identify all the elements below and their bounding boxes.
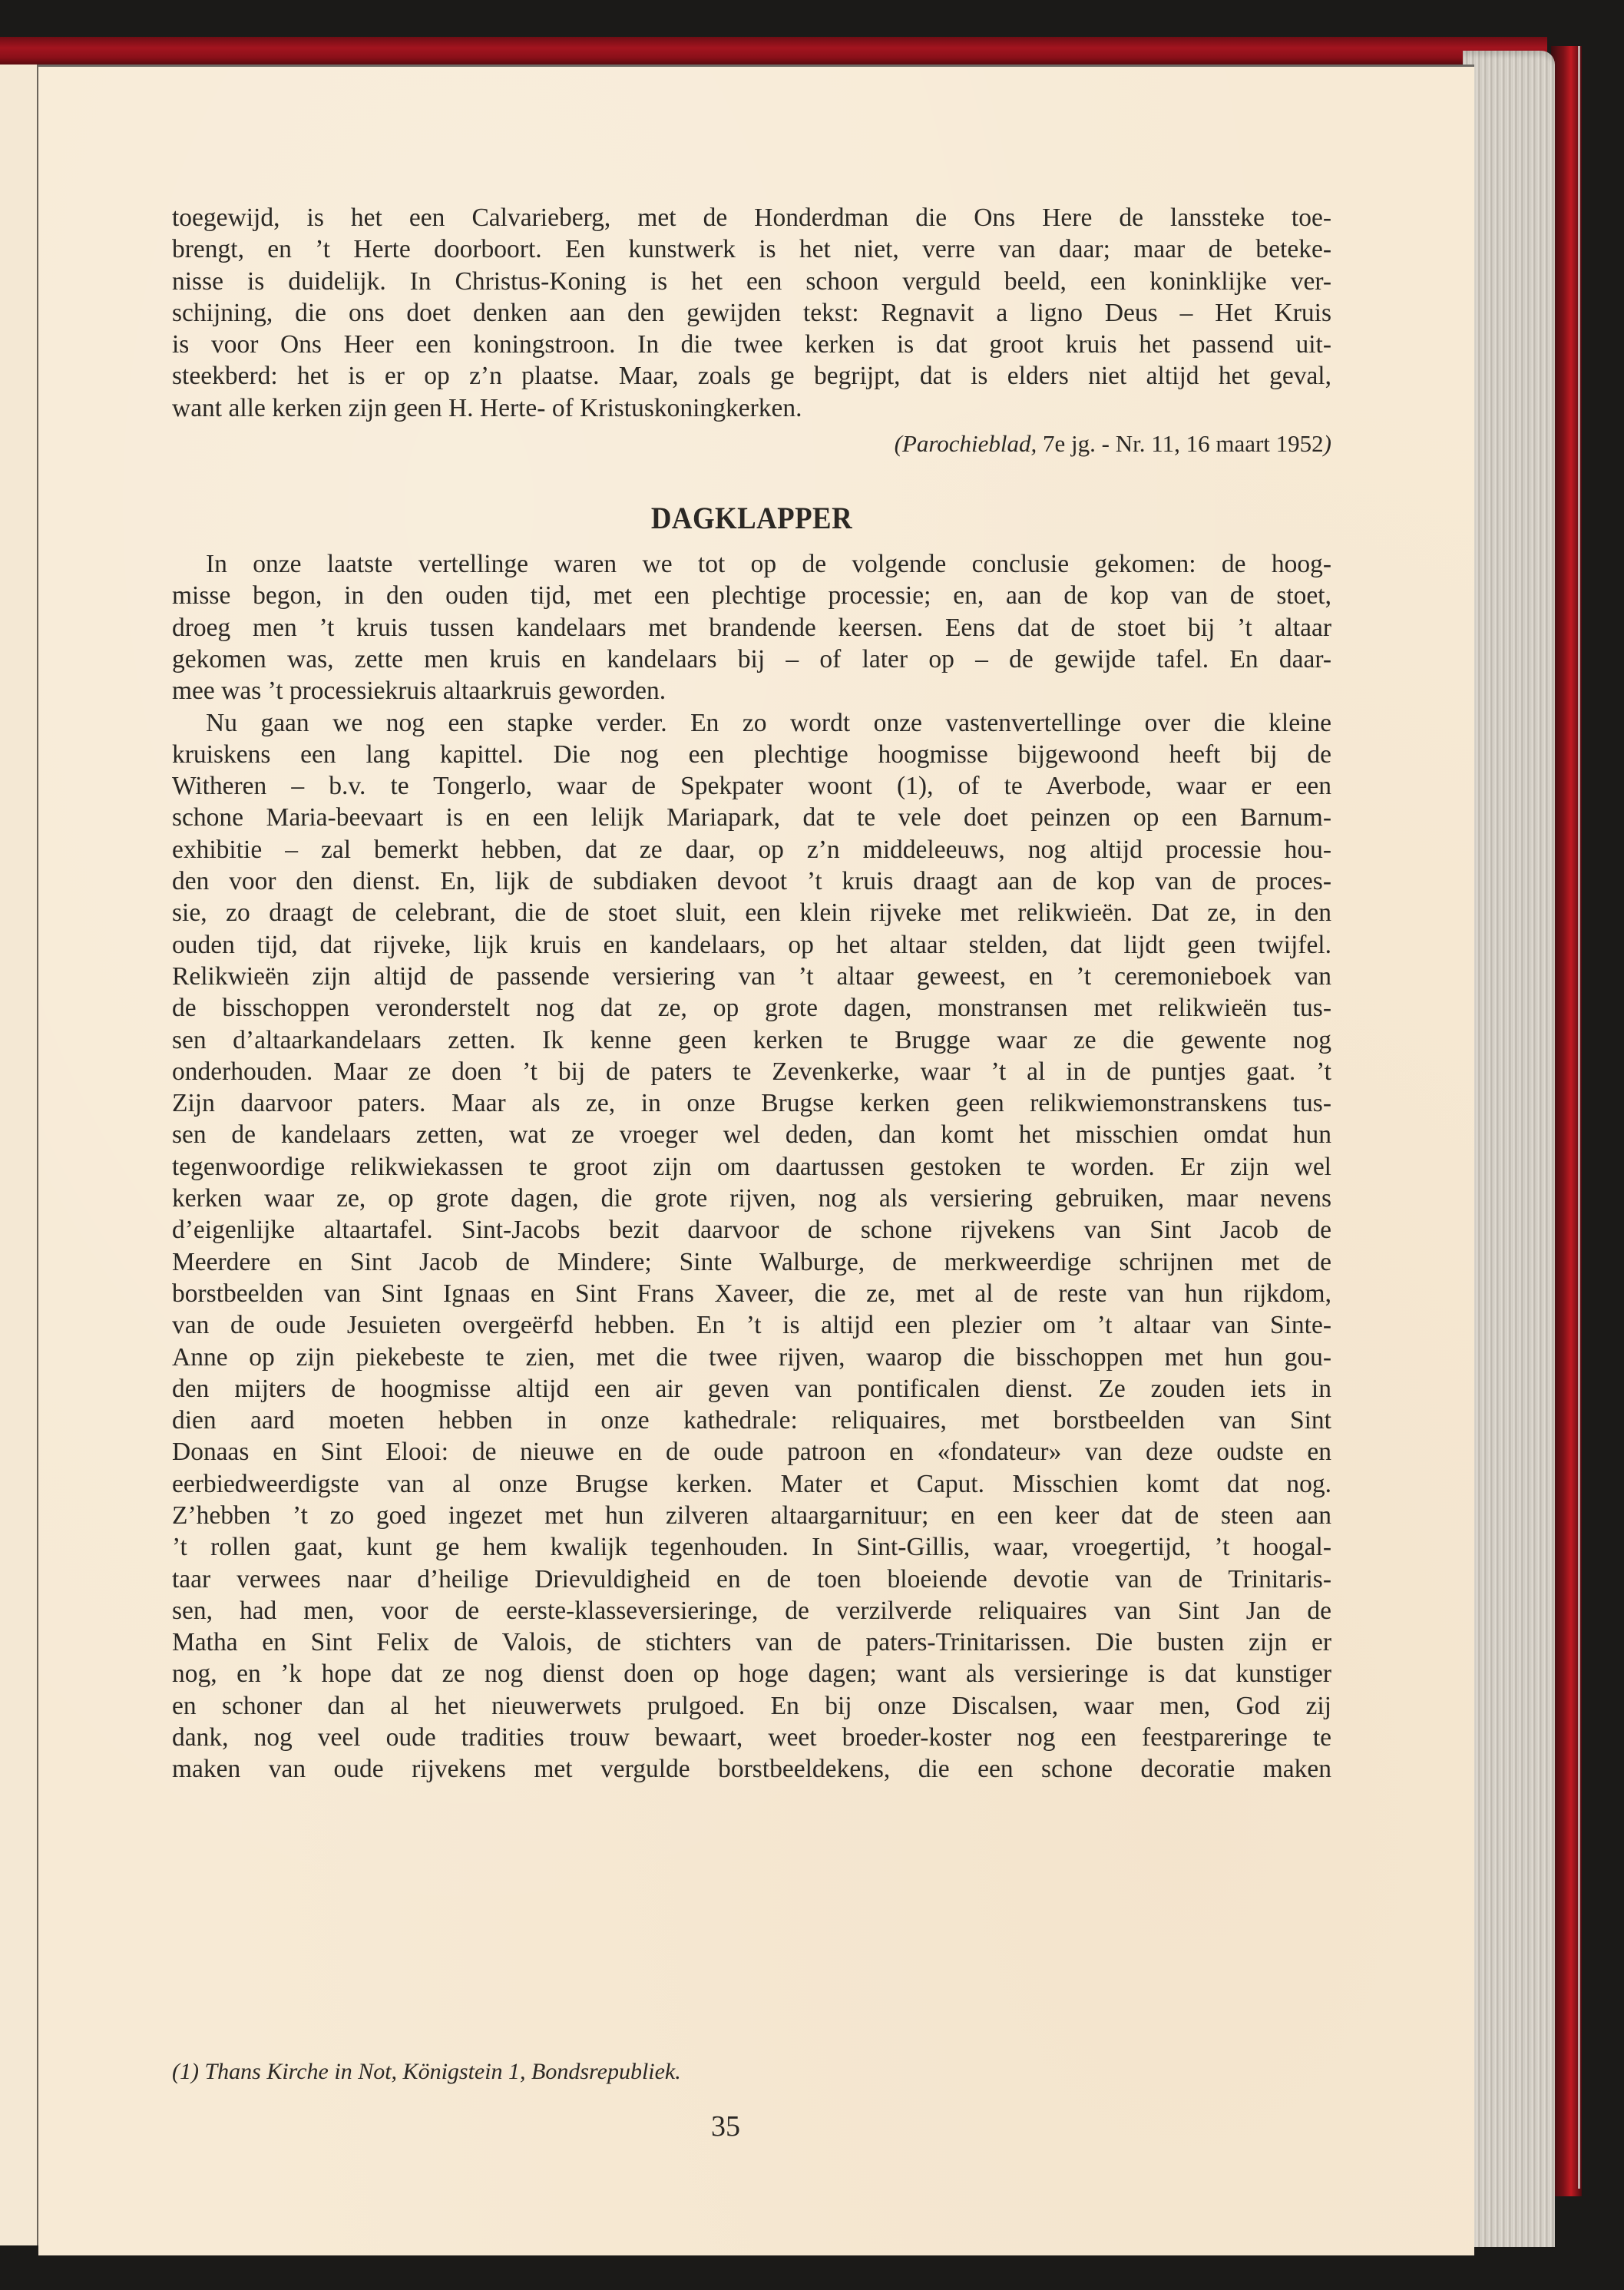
text-line: Zijn daarvoor paters. Maar als ze, in on… (172, 1087, 1331, 1119)
page-number: 35 (8, 2110, 1444, 2143)
text-line: exhibitie – zal bemerkt hebben, dat ze d… (172, 834, 1331, 865)
text-line: de bisschoppen veronderstelt nog dat ze,… (172, 992, 1331, 1024)
text-line: droeg men ’t kruis tussen kandelaars met… (172, 612, 1331, 644)
text-line: Matha en Sint Felix de Valois, de sticht… (172, 1626, 1331, 1658)
text-line: sen de kandelaars zetten, wat ze vroeger… (172, 1119, 1331, 1150)
text-line: nog, en ’k hope dat ze nog dienst doen o… (172, 1658, 1331, 1689)
text-line: Meerdere en Sint Jacob de Mindere; Sinte… (172, 1246, 1331, 1278)
citation-open-paren: ( (895, 430, 902, 457)
previous-article-text: toegewijd, is het een Calvarieberg, met … (172, 202, 1331, 424)
article-paragraph-2: Nu gaan we nog een stapke verder. En zo … (172, 707, 1331, 1785)
text-line: Nu gaan we nog een stapke verder. En zo … (172, 707, 1331, 739)
citation-close-paren: ) (1324, 430, 1331, 457)
page-text-block: toegewijd, is het een Calvarieberg, met … (172, 202, 1331, 1785)
text-line: sie, zo draagt de celebrant, die de stoe… (172, 897, 1331, 928)
text-line: sen d’altaarkandelaars zetten. Ik kenne … (172, 1024, 1331, 1056)
text-line: borstbeelden van Sint Ignaas en Sint Fra… (172, 1278, 1331, 1309)
text-line: tegenwoordige relikwiekassen te groot zi… (172, 1151, 1331, 1183)
text-line: want alle kerken zijn geen H. Herte- of … (172, 392, 1331, 424)
text-line: is voor Ons Heer een koningstroon. In di… (172, 329, 1331, 360)
book-cover-right-edge (1551, 46, 1582, 2196)
book-cover-top-edge (0, 37, 1547, 65)
text-line: Anne op zijn piekebeste te zien, met die… (172, 1342, 1331, 1373)
text-line: d’eigenlijke altaartafel. Sint-Jacobs be… (172, 1214, 1331, 1246)
text-line: Relikwieën zijn altijd de passende versi… (172, 961, 1331, 992)
text-line: kruiskens een lang kapittel. Die nog een… (172, 739, 1331, 770)
text-line: gekomen was, zette men kruis en kandelaa… (172, 644, 1331, 675)
text-line: steekberd: het is er op z’n plaatse. Maa… (172, 360, 1331, 392)
text-line: dank, nog veel oude tradities trouw bewa… (172, 1722, 1331, 1753)
source-citation: (Parochieblad, 7e jg. - Nr. 11, 16 maart… (172, 429, 1331, 459)
facing-page-sliver (0, 65, 38, 2245)
text-line: ouden tijd, dat rijveke, lijk kruis en k… (172, 929, 1331, 961)
text-line: eerbiedweerdigste van al onze Brugse ker… (172, 1468, 1331, 1500)
text-line: kerken waar ze, op grote dagen, die grot… (172, 1183, 1331, 1214)
text-line: maken van oude rijvekens met vergulde bo… (172, 1753, 1331, 1785)
text-line: brengt, en ’t Herte doorboort. Een kunst… (172, 233, 1331, 265)
text-line: dien aard moeten hebben in onze kathedra… (172, 1405, 1331, 1436)
text-line: van de oude Jesuieten overgeërfd hebben.… (172, 1309, 1331, 1341)
text-line: mee was ’t processiekruis altaarkruis ge… (172, 675, 1331, 707)
book-page: toegewijd, is het een Calvarieberg, met … (38, 65, 1474, 2255)
text-line: In onze laatste vertellinge waren we tot… (172, 548, 1331, 580)
text-line: taar verwees naar d’heilige Drievuldighe… (172, 1564, 1331, 1595)
text-line: sen, had men, voor de eerste-klasseversi… (172, 1595, 1331, 1626)
text-line: misse begon, in den ouden tijd, met een … (172, 580, 1331, 611)
page-edges-stack (1463, 51, 1555, 2247)
citation-publication: Parochieblad, (902, 430, 1037, 457)
text-line: toegewijd, is het een Calvarieberg, met … (172, 202, 1331, 233)
text-line: ’t rollen gaat, kunt ge hem kwalijk tege… (172, 1531, 1331, 1563)
article-paragraph-1: In onze laatste vertellinge waren we tot… (172, 548, 1331, 707)
text-line: nisse is duidelijk. In Christus-Koning i… (172, 266, 1331, 297)
text-line: en schoner dan al het nieuwerwets prulgo… (172, 1690, 1331, 1722)
text-line: den voor den dienst. En, lijk de subdiak… (172, 865, 1331, 897)
text-line: Z’hebben ’t zo goed ingezet met hun zilv… (172, 1500, 1331, 1531)
footnote: (1) Thans Kirche in Not, Königstein 1, B… (172, 2059, 1331, 2085)
text-line: schijning, die ons doet denken aan den g… (172, 297, 1331, 329)
article-title: DAGKLAPPER (218, 499, 1285, 538)
book-cover-highlight (1578, 46, 1580, 2189)
citation-details: 7e jg. - Nr. 11, 16 maart 1952 (1037, 430, 1323, 457)
text-line: Donaas en Sint Elooi: de nieuwe en de ou… (172, 1436, 1331, 1468)
text-line: den mijters de hoogmisse altijd een air … (172, 1373, 1331, 1405)
text-line: Witheren – b.v. te Tongerlo, waar de Spe… (172, 770, 1331, 802)
text-line: onderhouden. Maar ze doen ’t bij de pate… (172, 1056, 1331, 1087)
text-line: schone Maria-beevaart is en een lelijk M… (172, 802, 1331, 833)
